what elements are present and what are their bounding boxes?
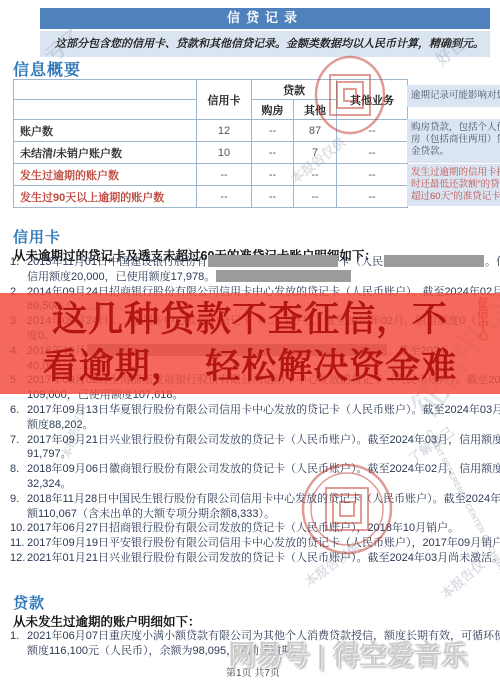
loan-intro: 从未发生过逾期的账户明细如下：	[13, 612, 201, 630]
credit-card-heading: 信用卡	[13, 226, 61, 247]
row-label: 账户数	[14, 120, 197, 142]
item-text: 2018年09月06日徽商银行股份有限公司发放的贷记卡（人民币账户）。截至202…	[27, 462, 500, 492]
side-note: 逾期记录可能影响对您	[407, 85, 500, 107]
item-line: 2018年11月28日中国民生银行股份有限公司信用卡中心发放的贷记卡（人民币账户…	[27, 492, 500, 507]
item-number: 8.	[10, 462, 27, 492]
item-line: 额110,067（含未出单的大额专项分期余额8,333）。	[27, 507, 500, 522]
row-value: --	[197, 164, 252, 186]
side-note: 购房贷款，包括个人住 房（包括商住两用）贷 金贷款。	[407, 119, 500, 163]
item-text: 2013年11月01日中国建设银行股份有卡（人民。信信用额度20,000，已使用…	[27, 255, 500, 285]
redaction-box	[216, 270, 351, 282]
item-line: 2017年06月27日招商银行股份有限公司发放的贷记卡（人民币账户），2018年…	[27, 521, 500, 536]
item-line: 2017年09月19日平安银行股份有限公司信用卡中心发放的贷记卡（人民币账户），…	[27, 536, 500, 551]
platform-watermark: 网易号|得空爱音乐	[228, 633, 467, 672]
item-text: 2017年09月19日平安银行股份有限公司信用卡中心发放的贷记卡（人民币账户），…	[27, 536, 500, 551]
summary-table-row: 发生过90天以上逾期的账户数--------	[14, 186, 408, 208]
row-value: --	[197, 186, 252, 208]
item-number: 9.	[10, 492, 27, 522]
summary-header-empty	[14, 80, 197, 100]
summary-col-credit-card: 信用卡	[197, 80, 252, 120]
item-number: 1.	[10, 629, 27, 659]
item-number: 1.	[10, 255, 27, 285]
item-text: 2017年06月27日招商银行股份有限公司发放的贷记卡（人民币账户），2018年…	[27, 521, 500, 536]
row-value: 12	[197, 120, 252, 142]
section-subtitle: 这部分包含您的信用卡、贷款和其他信贷记录。金额类数据均以人民币计算，精确到元。	[40, 31, 490, 57]
redaction-box	[384, 255, 484, 267]
item-text: 2018年11月28日中国民生银行股份有限公司信用卡中心发放的贷记卡（人民币账户…	[27, 492, 500, 522]
platform-logo: 网易号	[228, 640, 309, 670]
credit-card-item: 9.2018年11月28日中国民生银行股份有限公司信用卡中心发放的贷记卡（人民币…	[10, 492, 500, 522]
promo-overlay-text: 看逾期， 轻松解决资金难	[0, 343, 500, 390]
row-value: --	[294, 186, 337, 208]
account-name: 得空爱音乐	[332, 640, 467, 670]
item-number: 12.	[10, 551, 27, 566]
row-value: --	[252, 186, 294, 208]
item-text: 2021年01月21日兴业银行股份有限公司发放的贷记卡（人民币账户）。截至202…	[27, 551, 500, 566]
row-label: 发生过90天以上逾期的账户数	[14, 186, 197, 208]
item-line: 2021年01月21日兴业银行股份有限公司发放的贷记卡（人民币账户）。截至202…	[27, 551, 500, 566]
summary-table-row: 发生过逾期的账户数--------	[14, 164, 408, 186]
row-label: 发生过逾期的账户数	[14, 164, 197, 186]
watermark-separator: |	[317, 640, 324, 670]
item-line: 信用额度20,000，已使用额度17,978。	[27, 270, 500, 285]
row-label: 未结清/未销户账户数	[14, 142, 197, 164]
promo-overlay-text: 这几种贷款不查征信，不	[0, 296, 500, 343]
section-title: 信贷记录	[40, 8, 490, 29]
row-value: --	[337, 186, 408, 208]
redaction-box	[208, 255, 338, 267]
item-line: 2018年09月06日徽商银行股份有限公司发放的贷记卡（人民币账户）。截至202…	[27, 462, 500, 477]
credit-card-item: 11.2017年09月19日平安银行股份有限公司信用卡中心发放的贷记卡（人民币账…	[10, 536, 500, 551]
row-value: --	[252, 120, 294, 142]
credit-report-page: 信贷记录 这部分包含您的信用卡、贷款和其他信贷记录。金额类数据均以人民币计算，精…	[0, 0, 500, 688]
promo-overlay-banner: 这几种贷款不查征信，不看逾期， 轻松解决资金难	[0, 293, 500, 394]
item-number: 7.	[10, 433, 27, 463]
row-value: --	[252, 142, 294, 164]
item-number: 6.	[10, 403, 27, 433]
summary-table-row: 未结清/未销户账户数10--7--	[14, 142, 408, 164]
item-number: 11.	[10, 536, 27, 551]
item-line: 32,324。	[27, 477, 500, 492]
summary-heading: 信息概要	[13, 57, 81, 80]
credit-card-item: 1.2013年11月01日中国建设银行股份有卡（人民。信信用额度20,000，已…	[10, 255, 500, 285]
credit-card-item: 10.2017年06月27日招商银行股份有限公司发放的贷记卡（人民币账户），20…	[10, 521, 500, 536]
item-number: 10.	[10, 521, 27, 536]
summary-col-loan-house: 购房	[252, 100, 294, 120]
credit-card-item: 8.2018年09月06日徽商银行股份有限公司发放的贷记卡（人民币账户）。截至2…	[10, 462, 500, 492]
item-line: 2013年11月01日中国建设银行股份有卡（人民。信	[27, 255, 500, 270]
row-value: --	[337, 164, 408, 186]
round-seal-stamp-top	[312, 55, 388, 135]
side-note: 发生过逾期的信用卡指 时还最低还款额”的贷 超过60天”的准贷记卡	[407, 164, 500, 206]
row-value: 10	[197, 142, 252, 164]
credit-card-item: 12.2021年01月21日兴业银行股份有限公司发放的贷记卡（人民币账户）。截至…	[10, 551, 500, 566]
loan-heading: 贷款	[13, 592, 45, 613]
